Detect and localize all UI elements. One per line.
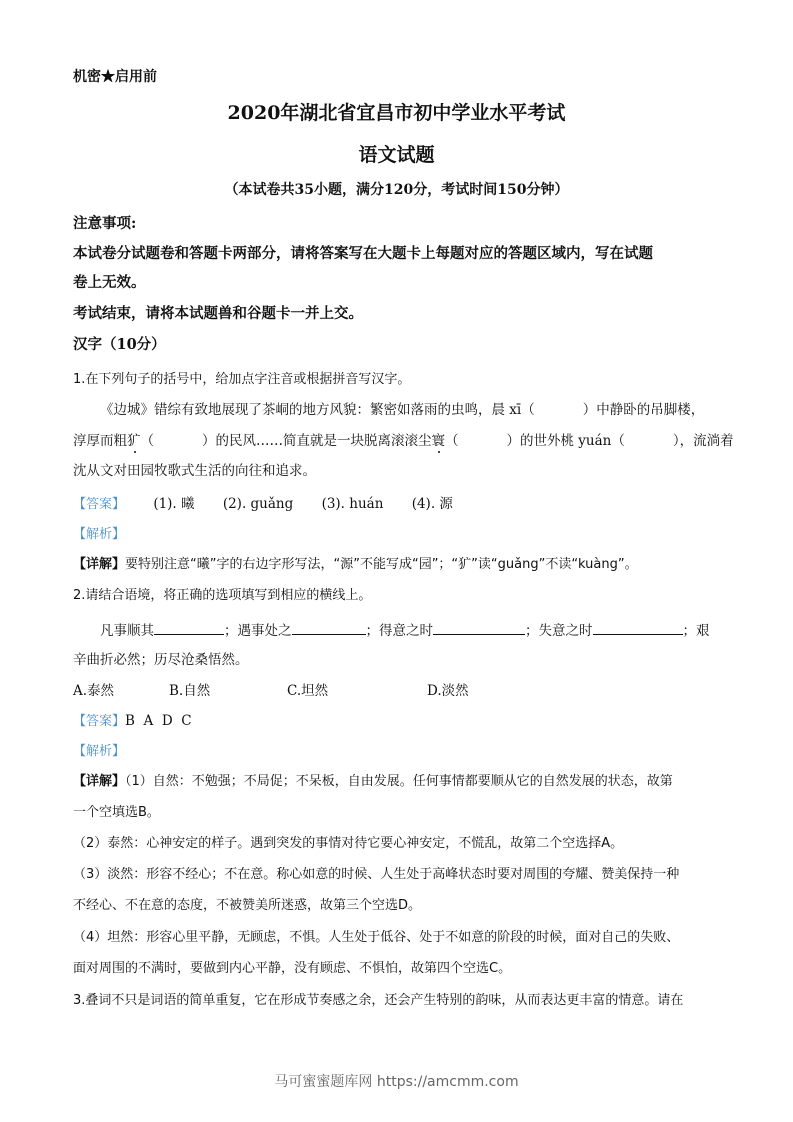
exam-title: 2020年湖北省宜昌市初中学业水平考试 (0, 104, 793, 122)
q1-answer-3: (3). huán (322, 495, 384, 513)
notice-line-1: 本试卷分试题卷和答题卡两部分，请将答案写在大题卡上每题对应的答题区域内，写在试题 (73, 245, 653, 263)
section-heading: 汉字（10分） (73, 336, 166, 354)
footer-watermark: 马可蜜蜜题库网 https://amcmm.com (0, 1071, 793, 1091)
answer-tag: 【答案】 (73, 496, 125, 514)
option-c: C.坦然 (287, 682, 427, 700)
q1-text: ）中静卧的吊脚楼， (583, 402, 705, 418)
q2-detail-1b: 一个空填选B。 (73, 804, 160, 822)
notice-line-2: 卷上无效。 (73, 274, 146, 292)
fill-blank-1[interactable] (154, 620, 224, 635)
q3-prompt: 3.叠词不只是词语的简单重复，它在形成节奏感之余，还会产生特别的韵味，从而表达更… (73, 992, 683, 1010)
q2-detail-text: （1）自然：不勉强；不局促；不呆板，自由发展。任何事情都要顺从它的自然发展的状态… (125, 774, 673, 789)
q2-detail-4b: 面对周围的不满时，要做到内心平静，没有顾虑、不惧怕，故第四个空选C。 (73, 960, 511, 978)
q2-detail-1a: 【详解】（1）自然：不勉强；不局促；不呆板，自由发展。任何事情都要顺从它的自然发… (73, 773, 673, 791)
q2-detail-3b: 不经心、不在意的态度，不被赞美所迷惑，故第三个空选D。 (73, 897, 421, 915)
q1-text: ），流淌着 (673, 433, 734, 449)
q1-prompt: 1.在下列句子的括号中，给加点字注音或根据拼音写汉字。 (73, 371, 410, 389)
q1-text: ）的民风……简直就是一块脱离滚滚尘 (202, 433, 432, 449)
notice-heading: 注意事项: (73, 215, 136, 233)
q1-passage-line-3: 沈从文对田园牧歌式生活的向往和追求。 (73, 462, 316, 480)
q1-text: （ (445, 433, 459, 449)
dotted-char: 寰 (432, 433, 446, 449)
q2-sentence-line-1: 凡事顺其；遇事处之；得意之时；失意之时；艰 (100, 620, 710, 640)
q2-answer-row: 【答案】B A D C (73, 712, 192, 731)
q1-detail-text: 要特别注意“曦”字的右边字形写法，“源”不能写成“园”；“犷”读“guǎng”不… (125, 557, 638, 572)
q2-text: ；得意之时 (366, 623, 434, 639)
q1-answer-row: 【答案】 (1). 曦 (2). guǎng (3). huán (4). 源 (73, 495, 453, 514)
detail-tag: 【详解】 (73, 774, 125, 789)
q1-answer-2: (2). guǎng (223, 495, 293, 513)
fill-blank-4[interactable] (593, 620, 683, 635)
option-b: B.自然 (169, 682, 287, 700)
option-d: D.淡然 (427, 683, 469, 699)
q2-text: 凡事顺其 (100, 623, 154, 639)
dotted-char: 犷 (127, 433, 141, 449)
q2-detail-2: （2）泰然：心神安定的样子。遇到突发的事情对待它要心神安定，不慌乱，故第二个空选… (73, 835, 623, 853)
q1-text: （ (141, 433, 155, 449)
q2-detail-4a: （4）坦然：形容心里平静，无顾虑，不惧。人生处于低谷、处于不如意的阶段的时候，面… (73, 929, 679, 947)
fill-blank-2[interactable] (292, 620, 366, 635)
q1-detail: 【详解】要特别注意“曦”字的右边字形写法，“源”不能写成“园”；“犷”读“guǎ… (73, 556, 638, 574)
q1-text: ）的世外桃 yuán（ (507, 433, 625, 449)
fill-blank-3[interactable] (433, 620, 525, 635)
answer-tag: 【答案】 (73, 714, 125, 729)
q2-options: A.泰然B.自然C.坦然D.淡然 (73, 682, 469, 700)
q1-answer-1: (1). 曦 (153, 495, 194, 513)
q2-text: ；艰 (683, 623, 710, 639)
exam-meta: （本试卷共35小题，满分120分，考试时间150分钟） (0, 181, 793, 199)
notice-line-3: 考试结束，请将本试题兽和谷题卡一并上交。 (73, 305, 363, 323)
analysis-tag: 【解析】 (73, 743, 125, 761)
q1-passage-line-1: 《边城》错综有致地展现了茶峒的地方风貌：繁密如落雨的虫鸣，晨 xī（）中静卧的吊… (100, 401, 704, 419)
q2-sentence-line-2: 辛曲折必然；历尽沧桑悟然。 (73, 651, 249, 669)
q1-answer-4: (4). 源 (412, 495, 453, 513)
q2-text: ；遇事处之 (224, 623, 292, 639)
option-a: A.泰然 (73, 682, 169, 700)
q2-answer: B A D C (125, 713, 192, 729)
analysis-tag: 【解析】 (73, 526, 125, 544)
q1-text: 淳厚而粗 (73, 433, 127, 449)
exam-page: 机密★启用前 2020年湖北省宜昌市初中学业水平考试 语文试题 （本试卷共35小… (0, 0, 793, 1122)
q1-passage-line-2: 淳厚而粗犷（）的民风……简直就是一块脱离滚滚尘寰（）的世外桃 yuán（），流淌… (73, 432, 734, 450)
detail-tag: 【详解】 (73, 557, 125, 572)
q1-text: 《边城》错综有致地展现了茶峒的地方风貌：繁密如落雨的虫鸣，晨 xī（ (100, 402, 535, 418)
q2-detail-3a: （3）淡然：形容不经心；不在意。称心如意的时候、人生处于高峰状态时要对周围的夸耀… (73, 866, 679, 884)
q2-prompt: 2.请结合语境，将正确的选项填写到相应的横线上。 (73, 587, 371, 605)
q2-text: ；失意之时 (525, 623, 593, 639)
exam-subtitle: 语文试题 (0, 146, 793, 164)
confidential-label: 机密★启用前 (73, 68, 157, 86)
